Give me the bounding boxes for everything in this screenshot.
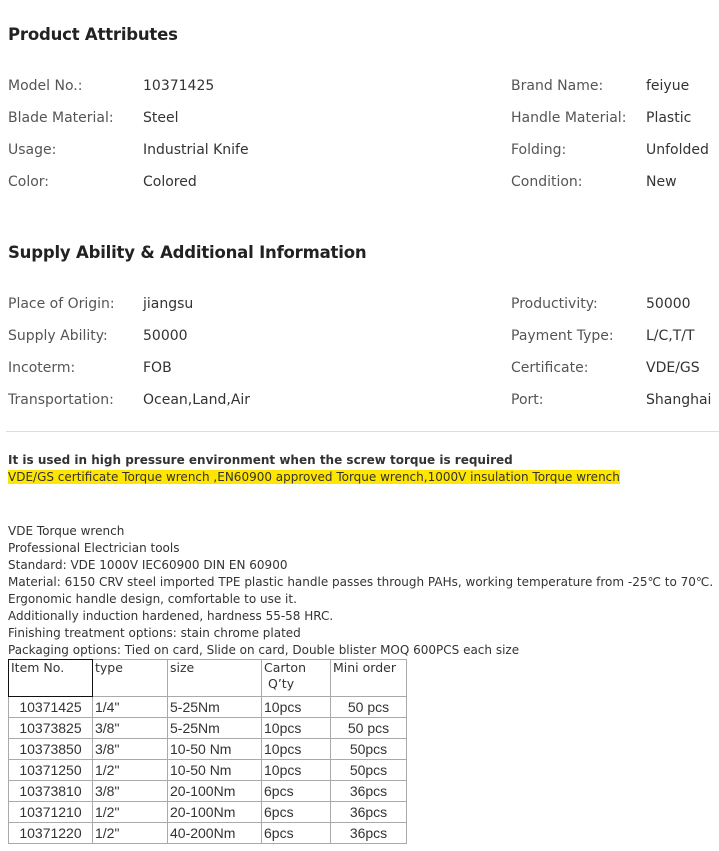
cell-item-no: 10373825 bbox=[9, 718, 93, 739]
cell-carton-qty: 10pcs bbox=[262, 760, 331, 781]
attribute-label: Brand Name: bbox=[511, 77, 603, 95]
cell-size: 40-200Nm bbox=[168, 823, 262, 844]
section-divider bbox=[6, 431, 719, 432]
supply-label: Payment Type: bbox=[511, 327, 614, 345]
cell-type: 3/8" bbox=[93, 718, 168, 739]
supply-value: jiangsu bbox=[143, 295, 193, 313]
attribute-label: Usage: bbox=[8, 141, 56, 159]
table-row: 103712201/2"40-200Nm6pcs36pcs bbox=[9, 823, 407, 844]
header-carton-line1: Carton bbox=[264, 660, 306, 675]
description-line: Ergonomic handle design, comfortable to … bbox=[8, 591, 297, 608]
description-line: Finishing treatment options: stain chrom… bbox=[8, 625, 301, 642]
supply-value: VDE/GS bbox=[646, 359, 700, 377]
supply-value: 50000 bbox=[143, 327, 188, 345]
cell-mini-order: 36pcs bbox=[331, 781, 407, 802]
cell-size: 20-100Nm bbox=[168, 802, 262, 823]
cell-mini-order: 50 pcs bbox=[331, 718, 407, 739]
supply-label: Place of Origin: bbox=[8, 295, 115, 313]
supply-info-title: Supply Ability & Additional Information bbox=[8, 243, 366, 262]
cell-item-no: 10371210 bbox=[9, 802, 93, 823]
cell-carton-qty: 6pcs bbox=[262, 781, 331, 802]
attribute-value: Plastic bbox=[646, 109, 691, 127]
header-item-no: Item No. bbox=[9, 660, 93, 697]
cell-carton-qty: 6pcs bbox=[262, 802, 331, 823]
supply-label: Incoterm: bbox=[8, 359, 75, 377]
cell-mini-order: 50 pcs bbox=[331, 697, 407, 718]
table-header-row: Item No. type size Carton Q’ty Mini orde… bbox=[9, 660, 407, 697]
description-line: VDE Torque wrench bbox=[8, 523, 124, 540]
description-line: Additionally induction hardened, hardnes… bbox=[8, 608, 333, 625]
cell-type: 3/8" bbox=[93, 739, 168, 760]
cell-type: 3/8" bbox=[93, 781, 168, 802]
cell-item-no: 10373850 bbox=[9, 739, 93, 760]
supply-value: 50000 bbox=[646, 295, 691, 313]
cell-size: 5-25Nm bbox=[168, 697, 262, 718]
attribute-label: Blade Material: bbox=[8, 109, 114, 127]
cell-item-no: 10373810 bbox=[9, 781, 93, 802]
supply-label: Certificate: bbox=[511, 359, 588, 377]
cell-carton-qty: 10pcs bbox=[262, 697, 331, 718]
table-row: 103712501/2"10-50 Nm10pcs50pcs bbox=[9, 760, 407, 781]
cell-mini-order: 36pcs bbox=[331, 823, 407, 844]
description-line: Material: 6150 CRV steel imported TPE pl… bbox=[8, 574, 713, 591]
cell-type: 1/2" bbox=[93, 802, 168, 823]
spec-table: Item No. type size Carton Q’ty Mini orde… bbox=[8, 659, 407, 844]
supply-label: Transportation: bbox=[8, 391, 114, 409]
cell-mini-order: 36pcs bbox=[331, 802, 407, 823]
supply-label: Port: bbox=[511, 391, 543, 409]
cell-item-no: 10371220 bbox=[9, 823, 93, 844]
cell-size: 5-25Nm bbox=[168, 718, 262, 739]
attribute-label: Handle Material: bbox=[511, 109, 626, 127]
attribute-value: Steel bbox=[143, 109, 179, 127]
attribute-value: 10371425 bbox=[143, 77, 214, 95]
attribute-label: Color: bbox=[8, 173, 49, 191]
attribute-label: Model No.: bbox=[8, 77, 82, 95]
supply-label: Productivity: bbox=[511, 295, 598, 313]
description-bold-line: It is used in high pressure environment … bbox=[8, 452, 513, 469]
table-row: 103712101/2"20-100Nm6pcs36pcs bbox=[9, 802, 407, 823]
cell-item-no: 10371425 bbox=[9, 697, 93, 718]
cell-carton-qty: 10pcs bbox=[262, 739, 331, 760]
header-type: type bbox=[93, 660, 168, 697]
highlighted-text: VDE/GS certificate Torque wrench ,EN6090… bbox=[8, 470, 620, 484]
cell-mini-order: 50pcs bbox=[331, 739, 407, 760]
supply-value: FOB bbox=[143, 359, 172, 377]
description-highlight-line: VDE/GS certificate Torque wrench ,EN6090… bbox=[8, 469, 620, 486]
attribute-value: New bbox=[646, 173, 677, 191]
cell-mini-order: 50pcs bbox=[331, 760, 407, 781]
supply-value: Shanghai bbox=[646, 391, 711, 409]
attribute-label: Folding: bbox=[511, 141, 566, 159]
cell-size: 10-50 Nm bbox=[168, 760, 262, 781]
description-line: Packaging options: Tied on card, Slide o… bbox=[8, 642, 519, 659]
cell-carton-qty: 6pcs bbox=[262, 823, 331, 844]
cell-type: 1/2" bbox=[93, 760, 168, 781]
header-mini-order: Mini order bbox=[331, 660, 407, 697]
table-row: 103738253/8"5-25Nm10pcs50 pcs bbox=[9, 718, 407, 739]
attribute-value: Unfolded bbox=[646, 141, 709, 159]
attribute-value: Industrial Knife bbox=[143, 141, 249, 159]
header-size: size bbox=[168, 660, 262, 697]
supply-value: L/C,T/T bbox=[646, 327, 695, 345]
table-row: 103714251/4"5-25Nm10pcs50 pcs bbox=[9, 697, 407, 718]
description-line: Standard: VDE 1000V IEC60900 DIN EN 6090… bbox=[8, 557, 287, 574]
table-row: 103738103/8"20-100Nm6pcs36pcs bbox=[9, 781, 407, 802]
cell-size: 10-50 Nm bbox=[168, 739, 262, 760]
header-carton-qty: Carton Q’ty bbox=[262, 660, 331, 697]
cell-type: 1/4" bbox=[93, 697, 168, 718]
supply-value: Ocean,Land,Air bbox=[143, 391, 250, 409]
description-line: Professional Electrician tools bbox=[8, 540, 179, 557]
attribute-label: Condition: bbox=[511, 173, 583, 191]
product-attributes-title: Product Attributes bbox=[8, 25, 178, 44]
header-carton-line2: Q’ty bbox=[268, 676, 294, 691]
cell-size: 20-100Nm bbox=[168, 781, 262, 802]
attribute-value: feiyue bbox=[646, 77, 689, 95]
table-row: 103738503/8"10-50 Nm10pcs50pcs bbox=[9, 739, 407, 760]
cell-carton-qty: 10pcs bbox=[262, 718, 331, 739]
cell-item-no: 10371250 bbox=[9, 760, 93, 781]
attribute-value: Colored bbox=[143, 173, 197, 191]
supply-label: Supply Ability: bbox=[8, 327, 108, 345]
cell-type: 1/2" bbox=[93, 823, 168, 844]
